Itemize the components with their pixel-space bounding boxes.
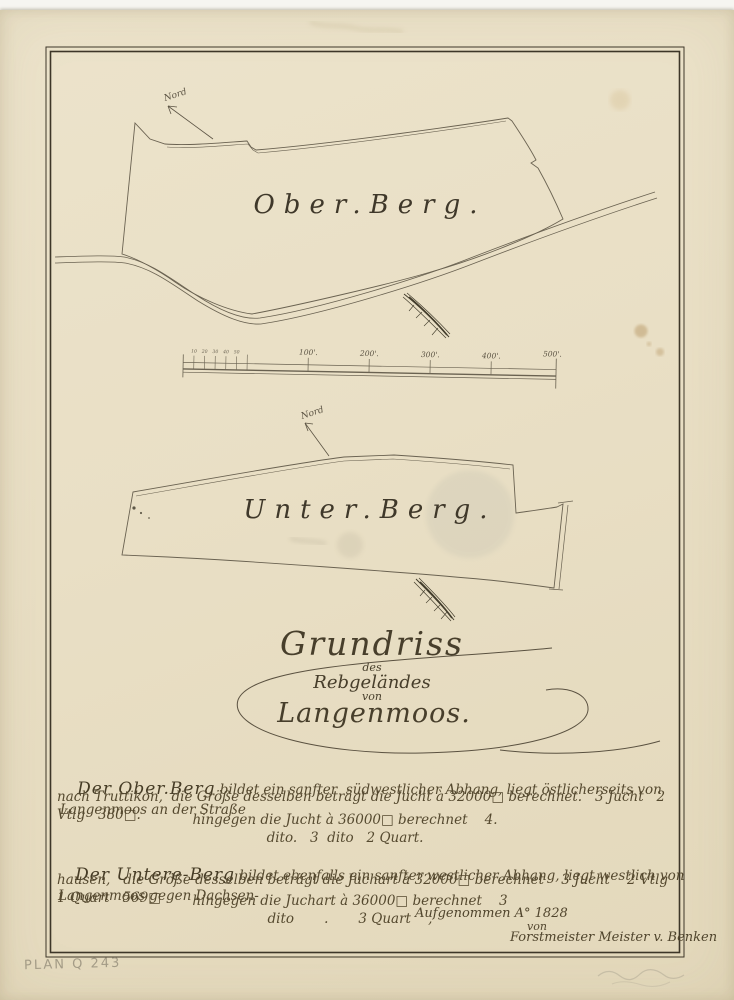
parcel-label-unter-berg: Unter.Berg. bbox=[170, 495, 570, 525]
scanned-plan-document: Nord 10 20 30 40 50 bbox=[0, 0, 734, 1000]
title-place: Langenmoos. bbox=[224, 698, 524, 729]
archival-plan-number: PLAN Q 243 bbox=[24, 956, 122, 974]
signature-date: Aufgenommen A° 1828 bbox=[415, 906, 568, 921]
signature-author: Forstmeister Meister v. Benken bbox=[510, 930, 717, 945]
note-para1-line3: hingegen die Jucht à 36000□ berechnet 4.… bbox=[180, 811, 510, 847]
title-main: Grundriss bbox=[222, 624, 522, 663]
parcel-label-ober-berg: Ober.Berg. bbox=[180, 190, 560, 220]
